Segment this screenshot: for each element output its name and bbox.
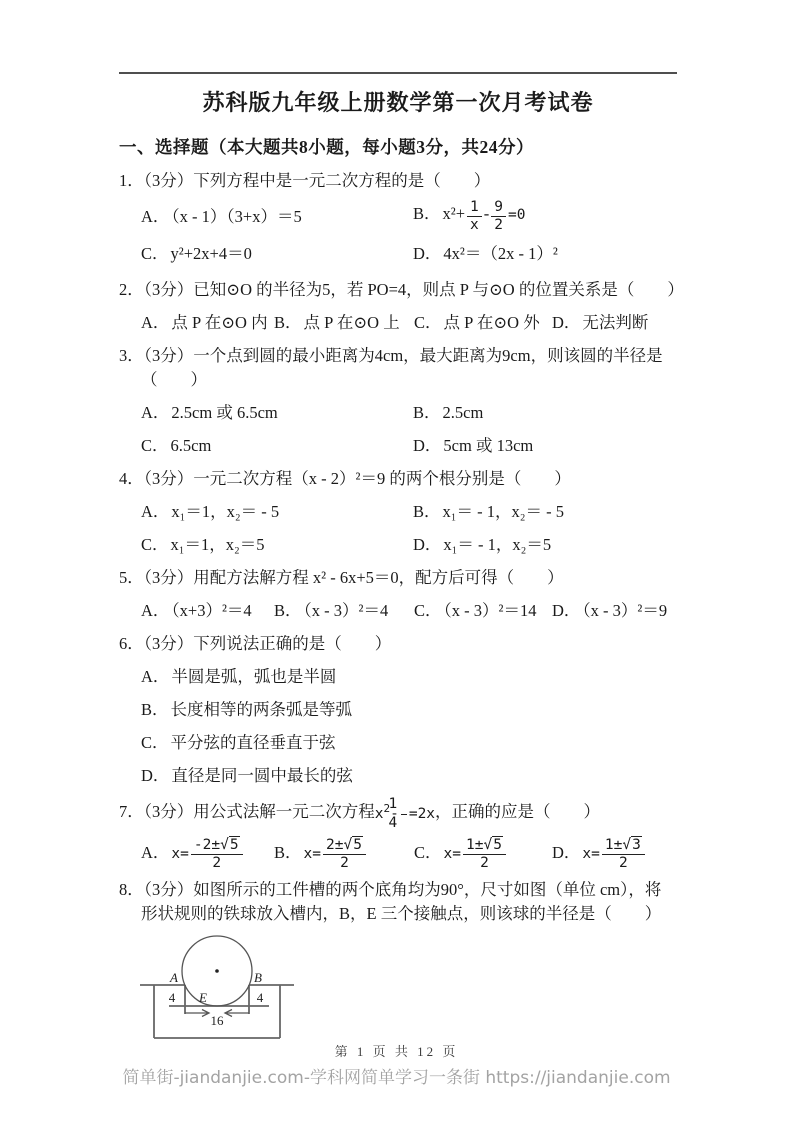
q2-option-a: A．点 P 在⊙O 内: [141, 311, 274, 335]
q5-option-a-text: （x+3）²＝4: [171, 601, 251, 620]
q2-option-a-label: A．: [141, 313, 169, 332]
question-5: 5．（3分）用配方法解方程 x² - 6x+5＝0，配方后可得（ ） A．（x+…: [119, 566, 677, 623]
q1-stem: 1．（3分）下列方程中是一元二次方程的是（ ）: [119, 169, 677, 193]
q7-option-d: D．x=1±32: [552, 838, 677, 871]
formula-term: x²+: [443, 204, 466, 223]
figure-depth-left: 4: [169, 990, 176, 1005]
q7-options-row: A．x=-2±52 B．x=2±52 C．x=1±52 D．x=1±32: [119, 838, 677, 871]
fraction-denominator: x: [467, 217, 482, 233]
q5-option-d-text: （x - 3）²＝9: [582, 601, 667, 620]
question-8: 8．（3分）如图所示的工件槽的两个底角均为90°，尺寸如图（单位 cm），将形状…: [119, 878, 677, 1051]
question-1: 1．（3分）下列方程中是一元二次方程的是（ ） A．（x - 1）（3+x）＝5…: [119, 169, 677, 266]
question-2: 2．（3分）已知⊙O 的半径为5，若 PO=4，则点 P 与⊙O 的位置关系是（…: [119, 278, 677, 335]
square-root: 3: [622, 836, 641, 853]
q7-option-c-formula: x=1±52: [444, 846, 508, 862]
q2-option-c-text: 点 P 在⊙O 外: [444, 313, 540, 332]
q5-option-c: C．（x - 3）²＝14: [414, 599, 552, 623]
q5-option-a-label: A．: [141, 601, 169, 620]
numerator-prefix: 1±: [605, 837, 622, 853]
radicand: 5: [229, 836, 240, 853]
q3-stem: 3．（3分）一个点到圆的最小距离为4cm，最大距离为9cm，则该圆的半径是（ ）: [119, 344, 677, 392]
q4-option-d-label: D．: [413, 535, 441, 554]
q2-option-b: B．点 P 在⊙O 上: [274, 311, 414, 335]
q7-stem-pre: 7．（3分）用公式法解一元二次方程: [119, 803, 375, 822]
q6-option-d-label: D．: [141, 766, 169, 785]
q7-option-d-formula: x=1±32: [582, 846, 646, 862]
q4-option-a-text: x₁＝1，x₂＝ - 5: [171, 502, 279, 521]
fraction-numerator: 1±3: [602, 838, 645, 855]
q2-option-b-text: 点 P 在⊙O 上: [304, 313, 400, 332]
q6-option-d-text: 直径是同一圆中最长的弦: [171, 766, 353, 785]
q3-option-b: B．2.5cm: [413, 401, 677, 425]
q4-option-b-label: B．: [413, 502, 441, 521]
q3-option-b-text: 2.5cm: [443, 403, 484, 422]
fraction: 1±32: [602, 838, 645, 871]
q2-option-d-label: D．: [552, 313, 580, 332]
q5-option-b: B．（x - 3）²＝4: [274, 599, 414, 623]
q7-option-a: A．x=-2±52: [141, 838, 274, 871]
q1-option-a-text: （x - 1）（3+x）＝5: [171, 207, 301, 226]
fraction-denominator: 2: [191, 855, 243, 871]
q7-equation: x2-14=2x: [375, 806, 435, 822]
q3-option-c: C．6.5cm: [141, 434, 413, 458]
q4-options-row-2: C．x₁＝1，x₂＝5 D．x₁＝ - 1，x₂＝5: [119, 533, 677, 557]
q5-option-a: A．（x+3）²＝4: [141, 599, 274, 623]
q5-option-c-label: C．: [414, 601, 442, 620]
q4-options-row-1: A．x₁＝1，x₂＝ - 5 B．x₁＝ - 1，x₂＝ - 5: [119, 500, 677, 524]
q5-option-d-label: D．: [552, 601, 580, 620]
q6-options-list: A．半圆是弧，弧也是半圆 B．长度相等的两条弧是等弧 C．平分弦的直径垂直于弦 …: [119, 665, 677, 788]
q5-options-row: A．（x+3）²＝4 B．（x - 3）²＝4 C．（x - 3）²＝14 D．…: [119, 599, 677, 623]
q4-option-c-text: x₁＝1，x₂＝5: [171, 535, 265, 554]
numerator-prefix: -2±: [194, 837, 220, 853]
q6-option-a-text: 半圆是弧，弧也是半圆: [171, 667, 336, 686]
q5-option-b-label: B．: [274, 601, 302, 620]
q4-option-c-label: C．: [141, 535, 169, 554]
q3-options-row-1: A．2.5cm 或 6.5cm B．2.5cm: [119, 401, 677, 425]
q6-option-b: B．长度相等的两条弧是等弧: [141, 698, 677, 722]
q1-options-row-2: C．y²+2x+4＝0 D．4x²＝（2x - 1）²: [119, 242, 677, 266]
q1-option-c: C．y²+2x+4＝0: [141, 242, 413, 266]
fraction-numerator: 1±5: [463, 838, 506, 855]
q8-figure-diagram: A B E 4 4 16: [139, 932, 301, 1044]
q2-option-b-label: B．: [274, 313, 302, 332]
question-6: 6．（3分）下列说法正确的是（ ） A．半圆是弧，弧也是半圆 B．长度相等的两条…: [119, 632, 677, 788]
fraction: -2±52: [191, 838, 243, 871]
fraction-numerator: 1: [401, 797, 407, 814]
fraction-denominator: 2: [491, 217, 506, 233]
formula-lhs: x=: [444, 846, 461, 862]
q4-option-d-text: x₁＝ - 1，x₂＝5: [443, 535, 551, 554]
q1-option-b-label: B．: [413, 204, 441, 223]
fraction-numerator: -2±5: [191, 838, 243, 855]
q3-option-b-label: B．: [413, 403, 441, 422]
q7-option-b-formula: x=2±52: [304, 846, 368, 862]
q7-option-b: B．x=2±52: [274, 838, 414, 871]
fraction-denominator: 4: [401, 815, 407, 831]
q7-option-a-formula: x=-2±52: [171, 846, 244, 862]
q6-option-b-label: B．: [141, 700, 169, 719]
fraction: 14: [401, 797, 407, 830]
q1-option-d: D．4x²＝（2x - 1）²: [413, 242, 677, 266]
equation-rhs: =2x: [409, 806, 435, 822]
q7-stem-post: ，正确的应是（ ）: [435, 803, 600, 822]
page-content: 苏科版九年级上册数学第一次月考试卷 一、选择题（本大题共8小题，每小题3分，共2…: [119, 88, 677, 1051]
figure-slot-width: 16: [211, 1013, 225, 1028]
q3-option-c-label: C．: [141, 436, 169, 455]
q3-option-a: A．2.5cm 或 6.5cm: [141, 401, 413, 425]
question-4: 4．（3分）一元二次方程（x - 2）²＝9 的两个根分别是（ ） A．x₁＝1…: [119, 467, 677, 557]
q2-option-a-text: 点 P 在⊙O 内: [171, 313, 267, 332]
radicand: 3: [631, 836, 642, 853]
fraction: 1±52: [463, 838, 506, 871]
page-title: 苏科版九年级上册数学第一次月考试卷: [119, 88, 677, 118]
q5-option-c-text: （x - 3）²＝14: [444, 601, 537, 620]
q1-option-a-label: A．: [141, 207, 169, 226]
q1-option-d-label: D．: [413, 244, 441, 263]
q3-options-row-2: C．6.5cm D．5cm 或 13cm: [119, 434, 677, 458]
q3-option-d-text: 5cm 或 13cm: [443, 436, 533, 455]
fraction-denominator: 2: [323, 855, 366, 871]
figure-label-a: A: [169, 970, 178, 985]
radicand: 5: [492, 836, 503, 853]
q2-option-c: C．点 P 在⊙O 外: [414, 311, 552, 335]
q2-option-d-text: 无法判断: [582, 313, 648, 332]
figure-label-e: E: [198, 990, 207, 1005]
q5-option-d: D．（x - 3）²＝9: [552, 599, 677, 623]
q6-option-a-label: A．: [141, 667, 169, 686]
fraction: 1x: [467, 200, 482, 233]
q3-option-a-label: A．: [141, 403, 169, 422]
q2-option-c-label: C．: [414, 313, 442, 332]
numerator-prefix: 2±: [326, 837, 343, 853]
question-3: 3．（3分）一个点到圆的最小距离为4cm，最大距离为9cm，则该圆的半径是（ ）…: [119, 344, 677, 458]
formula-term: =0: [508, 207, 525, 223]
q4-option-b: B．x₁＝ - 1，x₂＝ - 5: [413, 500, 677, 524]
fraction-denominator: 2: [602, 855, 645, 871]
q5-option-b-text: （x - 3）²＝4: [304, 601, 389, 620]
q2-stem: 2．（3分）已知⊙O 的半径为5，若 PO=4，则点 P 与⊙O 的位置关系是（…: [119, 278, 677, 302]
q6-option-c: C．平分弦的直径垂直于弦: [141, 731, 677, 755]
numerator-prefix: 1±: [466, 837, 483, 853]
q1-option-c-text: y²+2x+4＝0: [171, 244, 252, 263]
page-number: 第 1 页 共 12 页: [0, 1040, 793, 1064]
q6-option-c-text: 平分弦的直径垂直于弦: [171, 733, 336, 752]
q4-option-d: D．x₁＝ - 1，x₂＝5: [413, 533, 677, 557]
q7-option-d-label: D．: [552, 843, 580, 862]
q3-option-d-label: D．: [413, 436, 441, 455]
q1-option-b: B．x²+1x-92=0: [413, 200, 677, 233]
q7-option-a-label: A．: [141, 843, 169, 862]
q7-option-b-label: B．: [274, 843, 302, 862]
q7-stem: 7．（3分）用公式法解一元二次方程x2-14=2x，正确的应是（ ）: [119, 797, 677, 830]
q3-option-a-text: 2.5cm 或 6.5cm: [171, 403, 277, 422]
circle-center-dot: [215, 970, 219, 974]
q6-stem: 6．（3分）下列说法正确的是（ ）: [119, 632, 677, 656]
formula-lhs: x=: [582, 846, 599, 862]
question-7: 7．（3分）用公式法解一元二次方程x2-14=2x，正确的应是（ ） A．x=-…: [119, 797, 677, 871]
header-rule: [119, 72, 677, 74]
square-root: 5: [343, 836, 362, 853]
q7-option-c: C．x=1±52: [414, 838, 552, 871]
q2-option-d: D．无法判断: [552, 311, 677, 335]
radicand: 5: [352, 836, 363, 853]
q6-option-c-label: C．: [141, 733, 169, 752]
fraction-denominator: 2: [463, 855, 506, 871]
square-root: 5: [220, 836, 239, 853]
minus-sign: -: [484, 204, 490, 223]
q1-option-c-label: C．: [141, 244, 169, 263]
fraction-numerator: 2±5: [323, 838, 366, 855]
q2-options-row: A．点 P 在⊙O 内 B．点 P 在⊙O 上 C．点 P 在⊙O 外 D．无法…: [119, 311, 677, 335]
q1-option-b-formula: x²+1x-92=0: [443, 204, 526, 223]
q1-options-row-1: A．（x - 1）（3+x）＝5 B．x²+1x-92=0: [119, 200, 677, 233]
q7-option-c-label: C．: [414, 843, 442, 862]
q3-option-c-text: 6.5cm: [171, 436, 212, 455]
formula-lhs: x=: [304, 846, 321, 862]
q4-option-c: C．x₁＝1，x₂＝5: [141, 533, 413, 557]
q5-stem: 5．（3分）用配方法解方程 x² - 6x+5＝0，配方后可得（ ）: [119, 566, 677, 590]
section-heading: 一、选择题（本大题共8小题，每小题3分，共24分）: [119, 134, 677, 160]
fraction-numerator: 9: [491, 200, 506, 217]
q6-option-d: D．直径是同一圆中最长的弦: [141, 764, 677, 788]
figure-label-b: B: [254, 970, 262, 985]
q8-stem: 8．（3分）如图所示的工件槽的两个底角均为90°，尺寸如图（单位 cm），将形状…: [119, 878, 677, 926]
formula-lhs: x=: [171, 846, 188, 862]
q6-option-a: A．半圆是弧，弧也是半圆: [141, 665, 677, 689]
q4-option-a: A．x₁＝1，x₂＝ - 5: [141, 500, 413, 524]
workpiece-outline: [140, 985, 294, 1038]
q4-stem: 4．（3分）一元二次方程（x - 2）²＝9 的两个根分别是（ ）: [119, 467, 677, 491]
square-root: 5: [483, 836, 502, 853]
exam-page: 苏科版九年级上册数学第一次月考试卷 一、选择题（本大题共8小题，每小题3分，共2…: [0, 0, 793, 1122]
q4-option-b-text: x₁＝ - 1，x₂＝ - 5: [443, 502, 565, 521]
q8-figure: A B E 4 4 16: [139, 932, 677, 1051]
q6-option-b-text: 长度相等的两条弧是等弧: [171, 700, 353, 719]
watermark-text: 简单街-jiandanjie.com-学科网简单学习一条街 https://ji…: [0, 1066, 793, 1090]
fraction: 92: [491, 200, 506, 233]
figure-depth-right: 4: [257, 990, 264, 1005]
fraction-numerator: 1: [467, 200, 482, 217]
q1-option-d-text: 4x²＝（2x - 1）²: [443, 244, 557, 263]
q1-option-a: A．（x - 1）（3+x）＝5: [141, 205, 413, 229]
q4-option-a-label: A．: [141, 502, 169, 521]
q3-option-d: D．5cm 或 13cm: [413, 434, 677, 458]
fraction: 2±52: [323, 838, 366, 871]
